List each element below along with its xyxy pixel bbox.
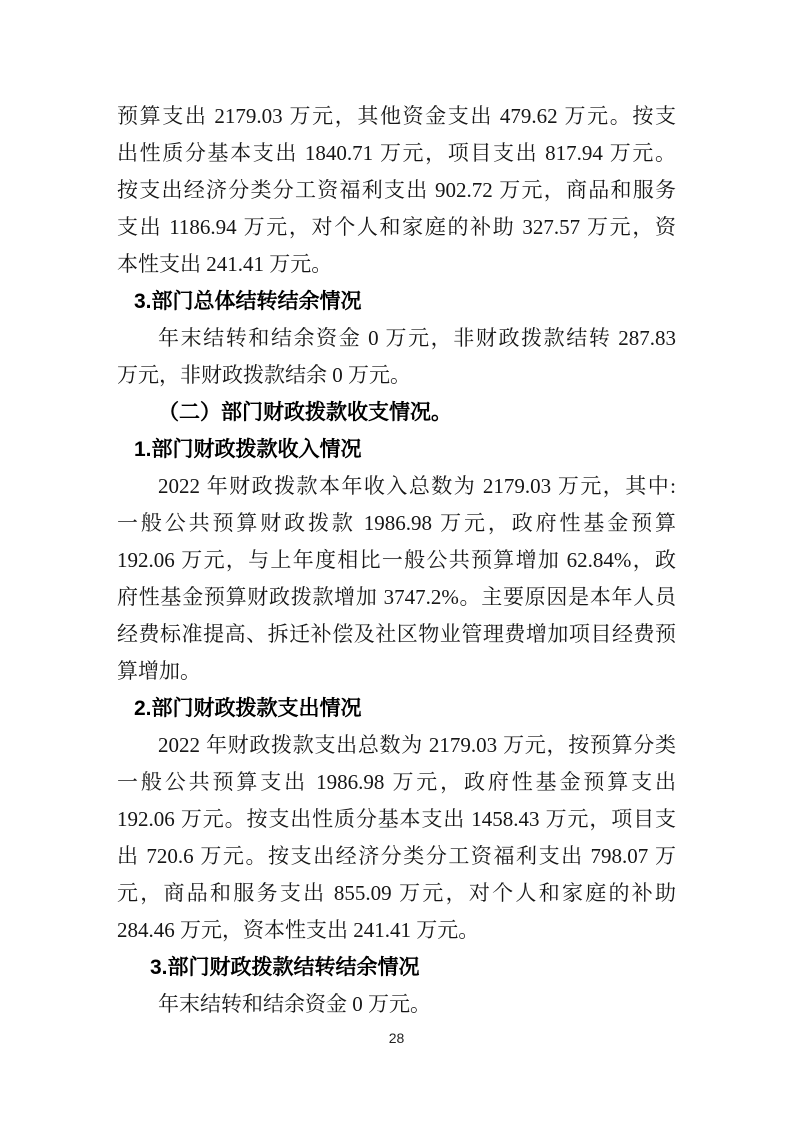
text-line: 出性质分基本支出 1840.71 万元，项目支出 817.94 万元。 (117, 135, 676, 172)
heading-allocation-expenditure: 2.部门财政拨款支出情况 (117, 690, 676, 727)
text-line: 192.06 万元，与上年度相比一般公共预算增加 62.84%，政 (117, 542, 676, 579)
text-line: 算增加。 (117, 653, 676, 690)
text-line: 预算支出 2179.03 万元，其他资金支出 479.62 万元。按支 (117, 98, 676, 135)
heading-allocation-income: 1.部门财政拨款收入情况 (117, 431, 676, 468)
text-block: 预算支出 2179.03 万元，其他资金支出 479.62 万元。按支 出性质分… (117, 98, 676, 1023)
text-line: 出 720.6 万元。按支出经济分类分工资福利支出 798.07 万 (117, 838, 676, 875)
page-number: 28 (0, 1029, 793, 1047)
text-line: 192.06 万元。按支出性质分基本支出 1458.43 万元，项目支 (117, 801, 676, 838)
text-line: 一般公共预算支出 1986.98 万元，政府性基金预算支出 (117, 764, 676, 801)
text-line: 按支出经济分类分工资福利支出 902.72 万元，商品和服务 (117, 172, 676, 209)
text-line: 一般公共预算财政拨款 1986.98 万元，政府性基金预算 (117, 505, 676, 542)
text-line: 本性支出 241.41 万元。 (117, 246, 676, 283)
heading-overall-carryover: 3.部门总体结转结余情况 (117, 283, 676, 320)
text-line: 支出 1186.94 万元，对个人和家庭的补助 327.57 万元，资 (117, 209, 676, 246)
heading-allocation-carryover: 3.部门财政拨款结转结余情况 (117, 949, 676, 986)
text-line: 年末结转和结余资金 0 万元。 (117, 986, 676, 1023)
text-line: 元，商品和服务支出 855.09 万元，对个人和家庭的补助 (117, 875, 676, 912)
text-line: 2022 年财政拨款支出总数为 2179.03 万元，按预算分类 (117, 727, 676, 764)
document-page: 预算支出 2179.03 万元，其他资金支出 479.62 万元。按支 出性质分… (0, 0, 793, 1122)
text-line: 万元，非财政拨款结余 0 万元。 (117, 357, 676, 394)
text-line: 年末结转和结余资金 0 万元，非财政拨款结转 287.83 (117, 320, 676, 357)
text-line: 284.46 万元，资本性支出 241.41 万元。 (117, 912, 676, 949)
heading-section-two: （二）部门财政拨款收支情况。 (117, 394, 676, 431)
text-line: 府性基金预算财政拨款增加 3747.2%。主要原因是本年人员 (117, 579, 676, 616)
text-line: 2022 年财政拨款本年收入总数为 2179.03 万元，其中: (117, 468, 676, 505)
text-line: 经费标准提高、拆迁补偿及社区物业管理费增加项目经费预 (117, 616, 676, 653)
